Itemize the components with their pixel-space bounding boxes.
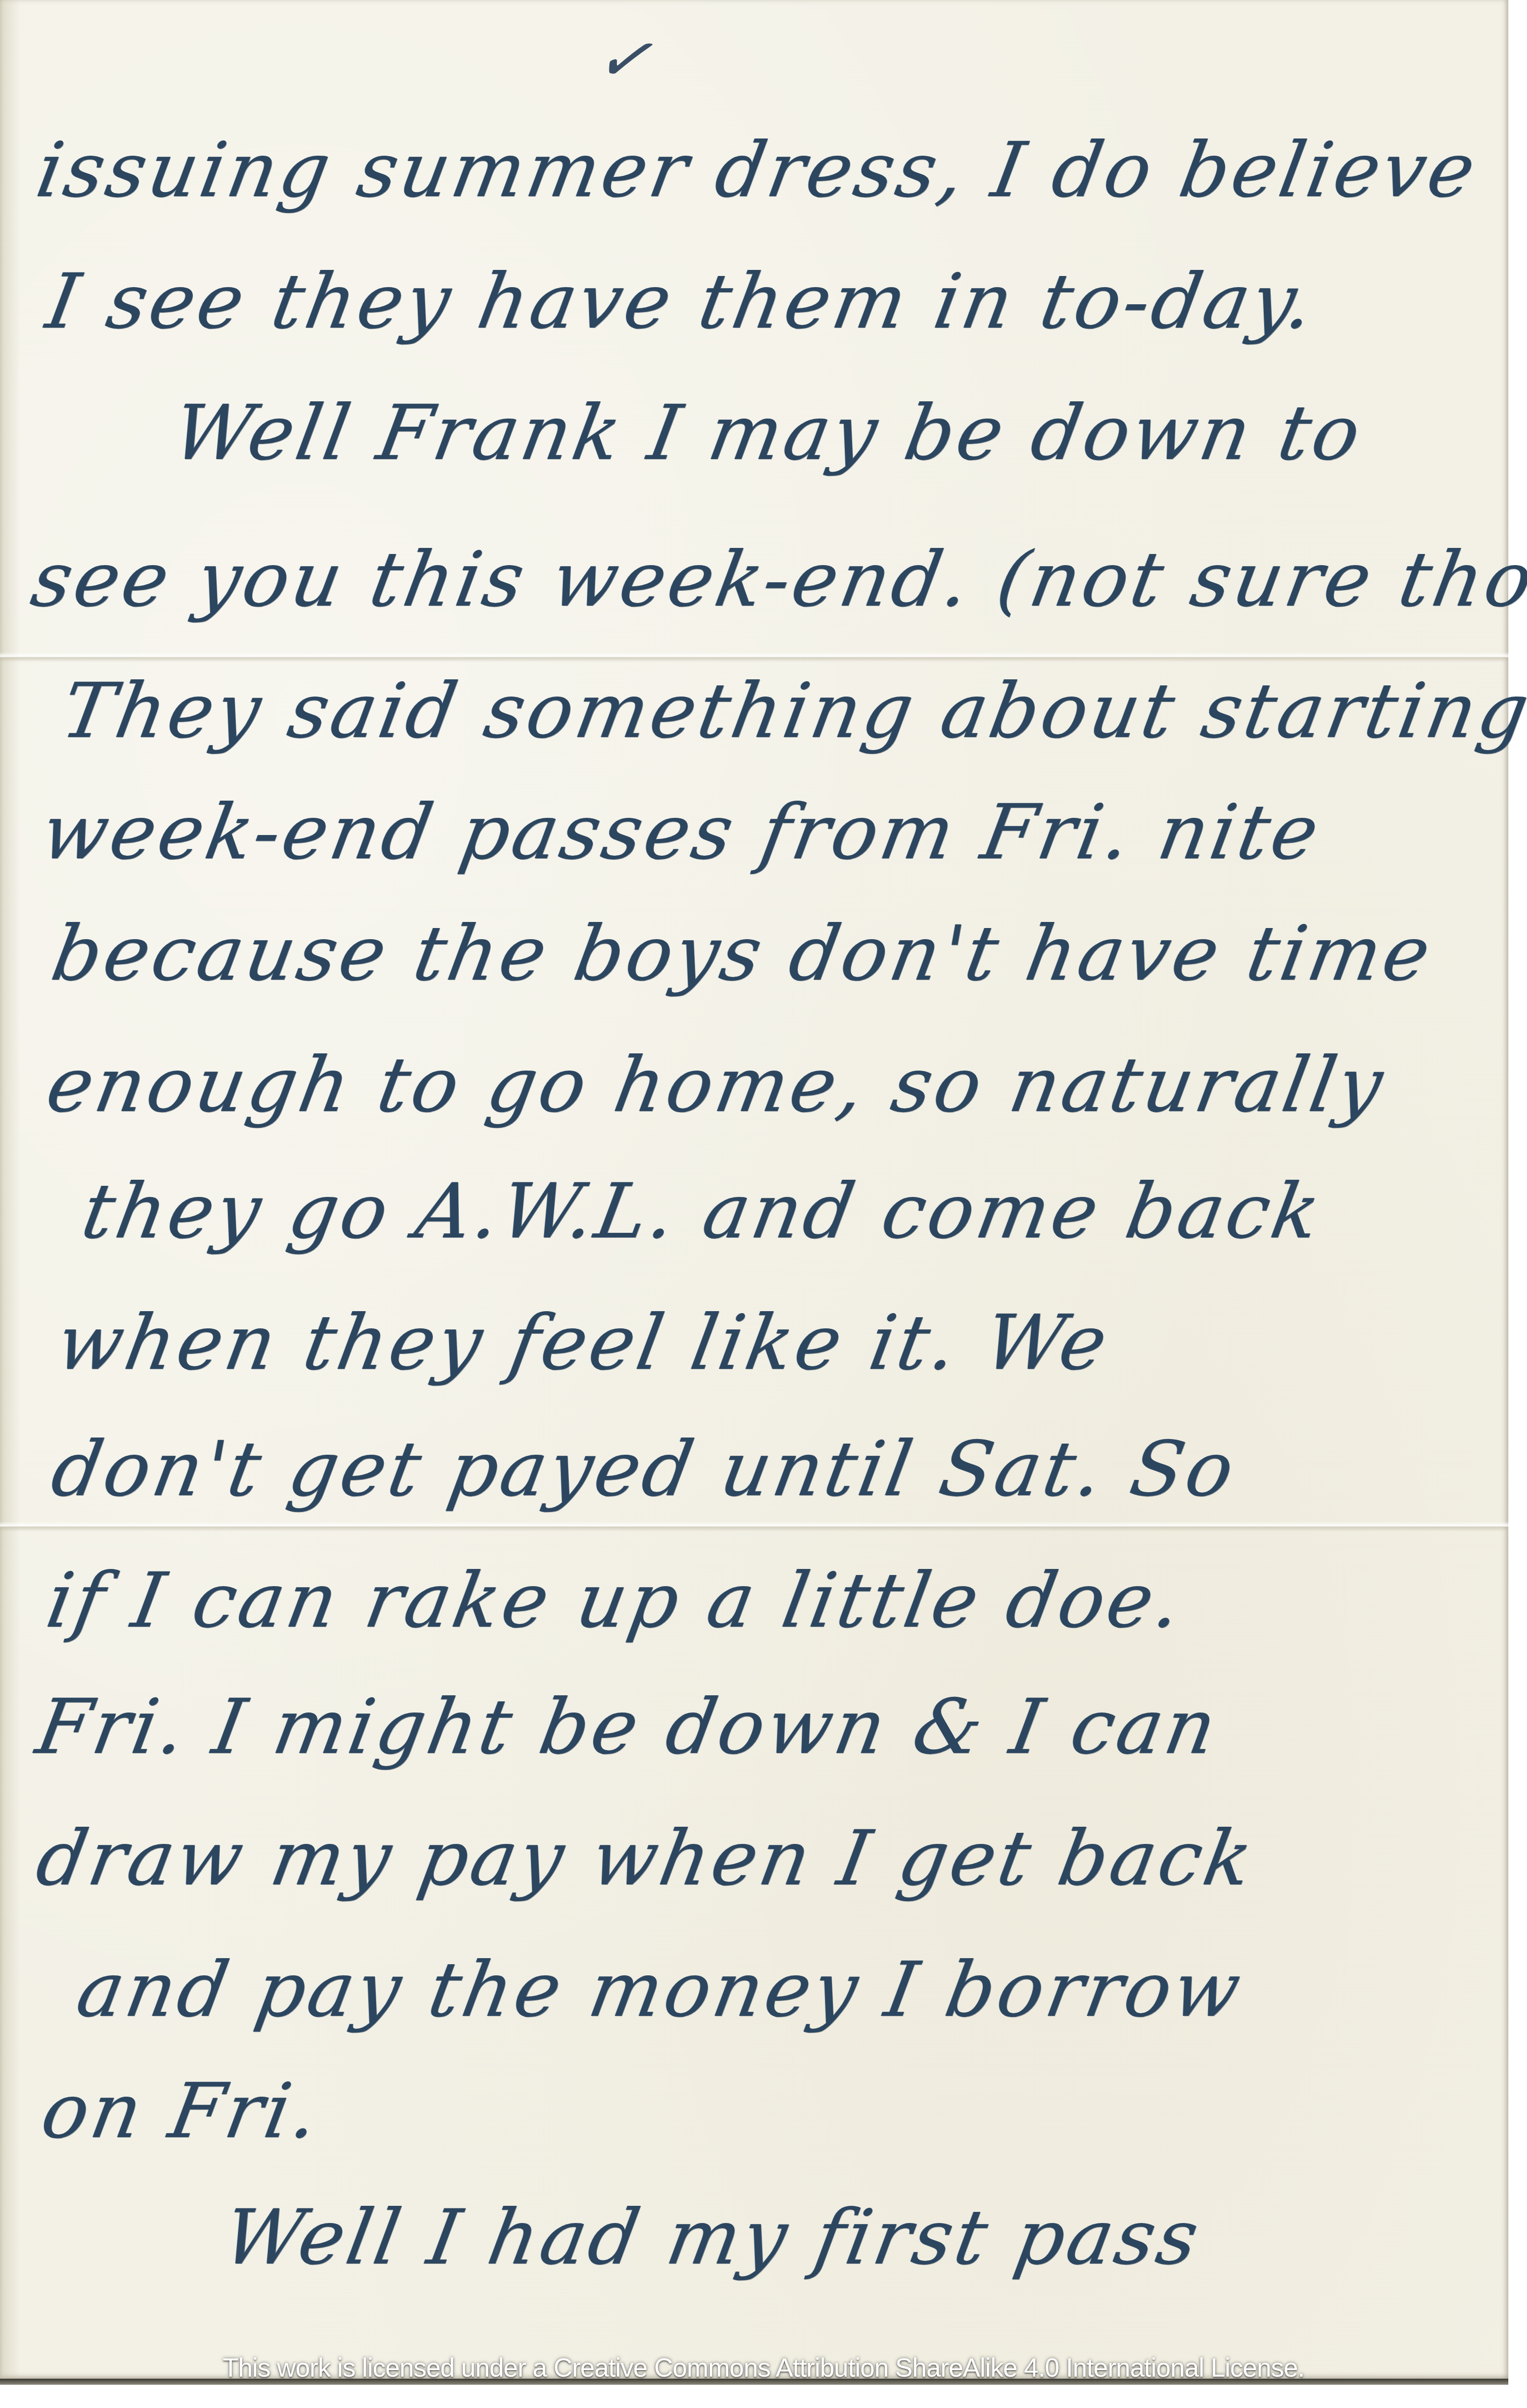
letter-line: I see they have them in to-day.: [40, 258, 1323, 346]
letter-line: week-end passes from Fri. nite: [35, 789, 1328, 876]
letter-line: enough to go home, so naturally: [40, 1041, 1392, 1129]
letter-line: on Fri.: [35, 2067, 328, 2155]
letter-line: they go A.W.L. and come back: [76, 1168, 1329, 1256]
letter-line: Well I had my first pass: [217, 2194, 1208, 2282]
letter-line: issuing summer dress, I do believe: [30, 126, 1484, 214]
letter-line: Fri. I might be down & I can: [30, 1683, 1225, 1771]
checkmark-icon: ✓: [591, 17, 656, 101]
paper-fold-crease: [0, 652, 1508, 662]
letter-line: if I can rake up a little doe.: [40, 1557, 1190, 1645]
letter-line: don't get payed until Sat. So: [45, 1425, 1243, 1513]
letter-line: They said something about starting: [56, 667, 1527, 755]
letter-line: because the boys don't have time: [45, 910, 1440, 998]
letter-line: when they feel like it. We: [51, 1299, 1116, 1387]
letter-line: draw my pay when I get back: [30, 1815, 1262, 1903]
letter-line: Well Frank I may be down to: [167, 389, 1370, 477]
paper-fold-crease: [0, 1521, 1508, 1532]
letter-line: and pay the money I borrow: [71, 1946, 1250, 2034]
letter-line: see you this week-end. (not sure though): [25, 536, 1527, 624]
letter-page: ✓ issuing summer dress, I do believe I s…: [0, 0, 1508, 2381]
license-notice: This work is licensed under a Creative C…: [0, 2353, 1527, 2383]
